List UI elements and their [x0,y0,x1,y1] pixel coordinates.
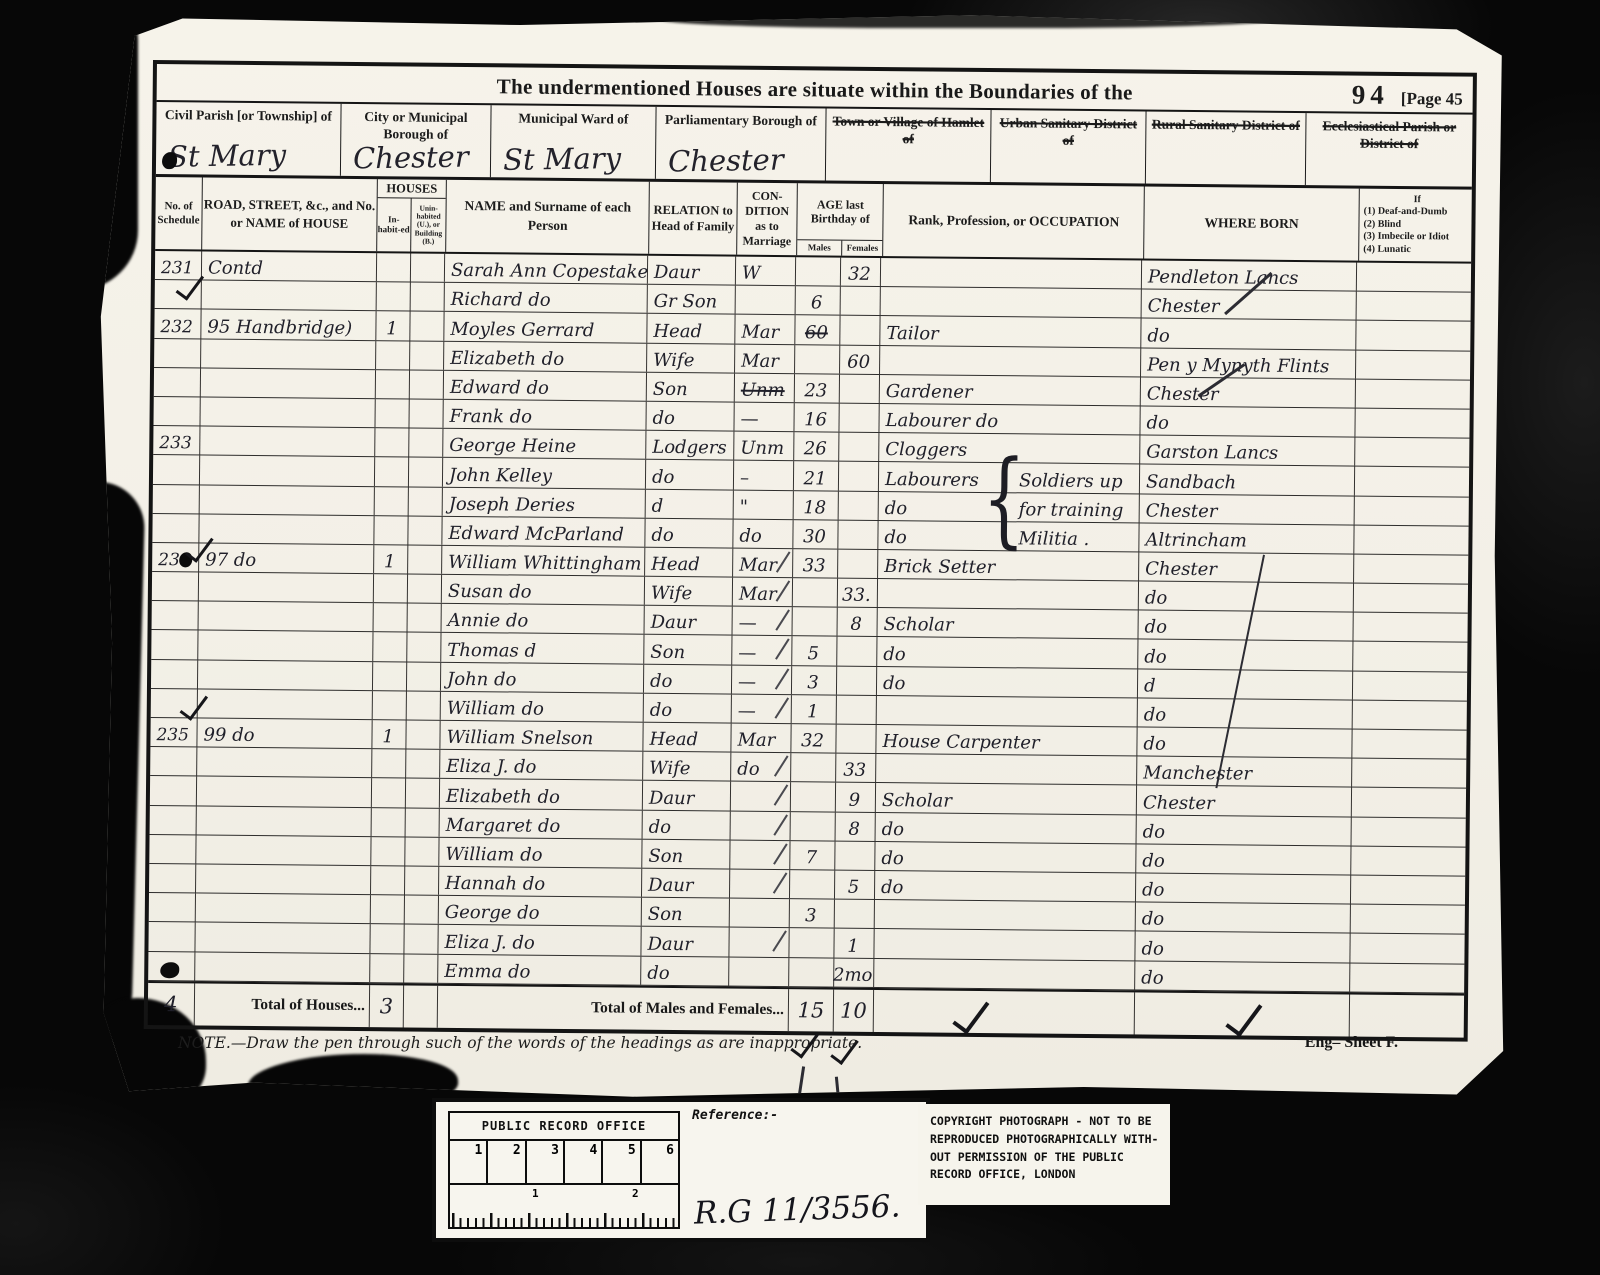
cell-name: Emma do [438,954,641,984]
cell-condition: Mar [731,724,791,753]
col-header-condition: CON-DITION as to Marriage [737,183,798,256]
cell-relation: do [643,810,731,839]
cell-occupation: Labourer do [879,404,1140,435]
condition-value: Unm [741,380,785,401]
cell-age-female [839,491,879,520]
cell-relation: d [646,489,734,518]
scale-number: 4 [565,1141,603,1183]
cell-schedule [149,835,196,864]
condition-value: Mar [741,350,779,371]
cell-age-female [835,900,875,929]
cell-age-female [840,316,880,345]
cell-name: Eliza J. do [440,750,643,780]
cell-uninhabited [407,662,441,691]
cell-road [196,864,371,894]
scale-number: 5 [603,1141,641,1183]
district-label: Town or Village of Hamlet of [826,113,990,148]
district-label: Municipal Ward of [491,110,655,128]
cell-age-male [793,578,838,607]
cell-uninhabited [404,925,438,954]
age-male-value: 26 [804,439,827,460]
cell-occupation [876,754,1137,785]
cell-born: Garston Lancs [1140,436,1355,466]
district-box-6: Urban Sanitary District of [991,110,1147,183]
district-box-8: Ecclesiastical Parish or District of [1306,113,1473,187]
scan-blob-bottom-wave [247,1049,460,1118]
cell-uninhabited [407,691,441,720]
cell-relation: Son [647,373,735,402]
copyright-line: COPYRIGHT PHOTOGRAPH - NOT TO BE [930,1113,1170,1131]
cell-occupation: do [875,871,1136,902]
cell-schedule [154,368,201,397]
cell-occupation: do [877,637,1138,668]
cell-relation: do [644,694,732,723]
cell-born: Chester [1140,494,1355,524]
cell-uninhabited [406,720,440,749]
cell-inhabited [375,399,409,428]
col-header-born: WHERE BORN [1144,187,1360,261]
condition-value: do [737,759,760,780]
cell-uninhabited [409,458,443,487]
ruler-cm-label: 2 [632,1187,639,1200]
total-males-value: 15 [797,998,824,1022]
cell-occupation: Tailor [880,316,1141,347]
cell-inhabited [375,487,409,516]
col-header-males: Males [797,240,842,255]
scanned-census-photograph: { "title": "The undermentioned Houses ar… [0,0,1600,1275]
cell-road [195,923,370,953]
scan-speck-top [658,6,1278,28]
cell-road [199,514,374,544]
cell-name: George Heine [443,429,646,459]
cell-age-female: 33. [838,579,878,608]
copyright-line: OUT PERMISSION OF THE PUBLIC [930,1149,1170,1167]
age-male-value: 5 [807,643,819,664]
cell-age-male: 1 [792,695,837,724]
cell-schedule [152,572,199,601]
district-value-handwritten: Chester [668,143,784,179]
cell-name: William do [439,838,642,868]
cell-relation: do [646,402,734,431]
cell-name: Annie do [442,604,645,634]
condition-value: Mar [737,730,775,751]
cell-name: Susan do [442,575,645,605]
cell-age-male [790,870,835,899]
cell-infirmity [1352,788,1464,817]
cell-born: do [1139,582,1354,612]
cell-age-female [838,520,878,549]
scale-number: 2 [488,1141,526,1183]
page-number: [Page 45 [1401,89,1463,109]
cell-born: do [1137,815,1352,845]
cell-road: 97 do [199,543,374,573]
district-label: Rural Sanitary District of [1146,117,1305,135]
cell-name: Joseph Deries [443,487,646,517]
district-box-1: Civil Parish [or Township] ofSt Mary [156,102,342,176]
cell-name: Moyles Gerrard [444,312,647,342]
grouping-brace: { [982,454,1026,542]
clerk-tick [1225,996,1262,1037]
occupation-value: Labourer do [885,410,998,432]
cell-age-female [836,725,876,754]
col-header-inhabited: In-habit-ed [377,198,412,251]
cell-age-female: 1 [834,929,874,958]
cell-born: do [1135,961,1350,991]
cell-road [196,835,371,865]
cell-born: Altrincham [1139,523,1354,553]
cell-inhabited [375,428,409,457]
district-value-handwritten: St Mary [168,138,287,174]
census-rows: 231ContdSarah Ann CopestakeDaurW32Pendle… [148,251,1471,993]
cell-age-male: 6 [796,286,841,315]
cell-inhabited [377,253,411,282]
cell-uninhabited [409,399,443,428]
cell-born: do [1136,844,1351,874]
cell-schedule [153,485,200,514]
cell-relation: Son [644,635,732,664]
cell-road [201,368,376,398]
age-male-value: 16 [804,409,827,430]
cell-age-male [795,345,840,374]
cell-age-female [837,637,877,666]
cell-age-female: 32 [841,258,881,287]
occupation-value: do [882,819,990,841]
scale-number: 6 [642,1141,678,1183]
cell-occupation: Scholar [878,608,1139,639]
cell-condition: Mar [733,548,793,577]
cell-infirmity [1355,408,1467,437]
occupation-value: Scholar [882,790,990,812]
cell-name: Eliza J. do [438,925,641,955]
cell-condition [729,928,789,957]
cell-age-female [835,841,875,870]
reference-value: R.G 11/3556. [693,1188,901,1231]
cell-infirmity [1357,292,1469,321]
pro-scale-numbers: 123456 [450,1141,678,1185]
cell-age-male: 7 [790,841,835,870]
cell-inhabited [372,779,406,808]
cell-age-female [838,549,878,578]
district-label: Ecclesiastical Parish or District of [1306,118,1472,153]
cell-condition: do [733,519,793,548]
cell-condition: Mar [735,344,795,373]
cell-infirmity [1354,584,1466,613]
age-male-value: 33 [803,555,826,576]
cell-relation: do [644,664,732,693]
occupation-value: do [884,527,992,549]
cell-infirmity [1356,379,1468,408]
age-male-value: 1 [807,701,819,722]
cell-relation: Head [645,548,733,577]
cell-road: Contd [202,251,377,281]
cell-schedule: 233 [153,426,200,455]
cell-name: Edward McParland [442,516,645,546]
cell-uninhabited [405,896,439,925]
cell-inhabited [371,866,405,895]
cell-relation: do [641,956,729,985]
cell-age-female [840,374,880,403]
cell-uninhabited [408,516,442,545]
cell-inhabited [377,282,411,311]
cell-born: do [1140,406,1355,436]
cell-born: Chester [1139,552,1354,582]
cell-schedule [153,455,200,484]
occupation-value: Labourers [885,469,993,491]
infirmity-line: (2) Blind [1363,218,1470,232]
cell-infirmity [1352,817,1464,846]
cell-inhabited [374,574,408,603]
district-box-3: Municipal Ward ofSt Mary [491,105,657,179]
cell-born: do [1138,698,1353,728]
cell-age-male: 26 [794,432,839,461]
condition-value: — [738,701,756,722]
condition-value: Mar [739,555,777,576]
cell-schedule [148,922,195,951]
cell-road [199,602,374,632]
cell-age-female [839,433,879,462]
ruler-cm-label: 1 [532,1187,539,1200]
cell-condition: Mar [735,315,795,344]
district-label: Civil Parish [or Township] of [156,107,340,126]
table-header-row: No. of Schedule ROAD, STREET, &c., and N… [155,177,1472,264]
cell-road [200,397,375,427]
cell-uninhabited [410,312,444,341]
cell-road [195,952,370,982]
infirmity-line: (4) Lunatic [1363,243,1470,257]
cell-occupation [878,579,1139,610]
scale-number: 3 [527,1141,565,1183]
cell-born: do [1136,873,1351,903]
occupation-value: House Carpenter [882,731,1039,754]
cell-infirmity [1351,905,1463,934]
cell-age-female [839,462,879,491]
cell-relation: Son [642,898,730,927]
cell-age-male [791,812,836,841]
cell-infirmity [1354,554,1466,583]
total-females-value: 10 [840,998,867,1022]
occupation-value: do [885,498,993,520]
col-header-infirmity: If(1) Deaf-and-Dumb(2) Blind(3) Imbecile… [1359,189,1472,262]
occupation-value: do [881,848,989,870]
cell-road [199,573,374,603]
cell-uninhabited [408,575,442,604]
cell-infirmity [1357,263,1469,292]
cell-condition [729,957,789,986]
cell-name: Richard do [445,283,648,313]
cell-age-female: 9 [836,783,876,812]
cell-age-female: 2mo [834,958,874,987]
district-box-7: Rural Sanitary District of [1146,112,1307,186]
cell-born: Manchester [1137,757,1352,787]
cell-age-male: 23 [795,374,840,403]
cell-age-female: 33 [836,754,876,783]
cell-uninhabited [411,283,445,312]
cell-age-female [839,404,879,433]
cell-name: Elizabeth do [440,779,643,809]
cell-schedule [152,601,199,630]
age-male-value: 32 [801,730,824,751]
cell-infirmity [1350,934,1462,963]
occupation-value: Tailor [886,323,994,345]
cell-infirmity [1351,875,1463,904]
age-male-value: 3 [805,906,817,927]
cell-occupation [880,346,1141,377]
cell-inhabited [372,808,406,837]
cell-inhabited [373,662,407,691]
district-box-5: Town or Village of Hamlet of [826,108,992,182]
cell-schedule: 235 [150,718,197,747]
cell-inhabited [373,691,407,720]
cell-schedule [152,514,199,543]
cell-age-male: 33 [793,549,838,578]
cell-age-male: 3 [790,899,835,928]
condition-value: — [739,613,757,634]
cell-road [198,689,373,719]
cell-born: do [1135,932,1350,962]
cell-name: Elizabeth do [444,341,647,371]
cell-born: Chester [1137,786,1352,816]
cell-schedule [149,893,196,922]
ruler-ticks [452,1213,676,1227]
cell-occupation: Gardener [880,375,1141,406]
cell-schedule [151,660,198,689]
age-male-value: 60 [805,322,828,343]
cell-uninhabited [408,545,442,574]
occupation-value: do [883,644,991,666]
cell-occupation [874,958,1135,989]
cell-relation: Lodgers [646,431,734,460]
cell-condition: – [734,461,794,490]
cell-born: Sandbach [1140,465,1355,495]
cell-born: Chester [1141,377,1356,407]
cell-infirmity [1355,438,1467,467]
col-header-uninhabited: Unin-habited (U.), or Building (B.) [411,198,446,251]
cell-schedule [151,630,198,659]
cell-inhabited: 1 [376,312,410,341]
cell-infirmity [1353,671,1465,700]
cell-condition: Unm [734,432,794,461]
reference-label: Reference:- [692,1108,918,1123]
col-header-houses: HOUSES [378,179,447,199]
cell-condition [730,840,790,869]
age-male-value: 18 [803,497,826,518]
clerk-tick [952,993,989,1034]
cell-road [200,456,375,486]
cell-name: William Whittingham [442,546,645,576]
cell-inhabited [376,370,410,399]
cell-uninhabited [410,341,444,370]
cell-infirmity [1356,321,1468,350]
pro-ruler: 1 2 [450,1185,678,1229]
cell-uninhabited [411,253,445,282]
pro-office-name: PUBLIC RECORD OFFICE [450,1113,678,1141]
cell-name: Hannah do [439,867,642,897]
cell-age-male: 5 [792,637,837,666]
condition-value: Mar [741,321,779,342]
scan-shadow-left-band [56,481,145,1063]
cell-infirmity [1355,496,1467,525]
reference-area: Reference:- R.G 11/3556. [692,1108,918,1234]
cell-condition: — [733,607,793,636]
cell-inhabited [376,341,410,370]
age-male-value: 6 [811,293,823,314]
cell-name: Edward do [444,371,647,401]
cell-road [196,894,371,924]
cell-age-female: 5 [835,871,875,900]
district-box-4: Parliamentary Borough ofChester [656,107,827,181]
totals-schedule: 4 [164,992,178,1016]
cell-uninhabited [409,429,443,458]
cell-age-male: 16 [794,403,839,432]
cell-infirmity [1353,700,1465,729]
cell-name: Sarah Ann Copestake [445,254,648,284]
cell-occupation: do [876,813,1137,844]
cell-name: William Snelson [440,721,643,751]
pro-stamp-box: PUBLIC RECORD OFFICE 123456 1 2 Referenc… [432,1098,930,1242]
ink-blot [160,962,179,978]
cell-occupation [874,929,1135,960]
age-male-value: 3 [807,672,819,693]
cell-inhabited [374,603,408,632]
cell-age-female: 60 [840,345,880,374]
condition-value: W [742,263,761,284]
cell-relation: Daur [645,606,733,635]
cell-born: do [1141,319,1356,349]
cell-name: William do [441,692,644,722]
cell-uninhabited [405,866,439,895]
condition-value: " [740,496,748,517]
cell-inhabited [370,954,404,983]
cell-condition: — [732,665,792,694]
occupation-value: Gardener [886,381,994,403]
col-header-road: ROAD, STREET, &c., and No. or NAME of HO… [202,177,378,251]
cell-uninhabited [405,837,439,866]
cell-road [197,806,372,836]
cell-born: Pendleton Lancs [1142,261,1357,291]
scan-shadow-left-top [72,0,138,290]
cell-condition: do [731,753,791,782]
cell-age-male: 60 [795,316,840,345]
condition-value: Unm [740,438,784,459]
infirmity-line: (3) Imbecile or Idiot [1363,231,1470,245]
cell-inhabited: 1 [372,720,406,749]
district-value-handwritten: St Mary [503,141,622,177]
condition-value: do [739,526,762,547]
cell-occupation [877,696,1138,727]
cell-relation: do [645,518,733,547]
cell-uninhabited [409,487,443,516]
condition-value: — [738,671,756,692]
cell-age-male [789,958,834,987]
census-page: The undermentioned Houses are situate wi… [98,12,1506,1100]
cell-age-male: 30 [793,520,838,549]
cell-uninhabited [408,604,442,633]
cell-uninhabited [404,954,438,983]
cell-born: d [1138,669,1353,699]
district-box-2: City or Municipal Borough ofChester [341,104,492,177]
cell-occupation [875,900,1136,931]
cell-infirmity [1352,759,1464,788]
district-value-handwritten: Chester [353,140,469,176]
cell-age-female [841,287,881,316]
cell-schedule [150,806,197,835]
cell-inhabited [375,457,409,486]
cell-occupation: do [877,667,1138,698]
col-header-relation: RELATION to Head of Family [649,182,738,255]
cell-condition: Mar [733,578,793,607]
cell-inhabited [370,924,404,953]
cell-infirmity [1353,613,1465,642]
